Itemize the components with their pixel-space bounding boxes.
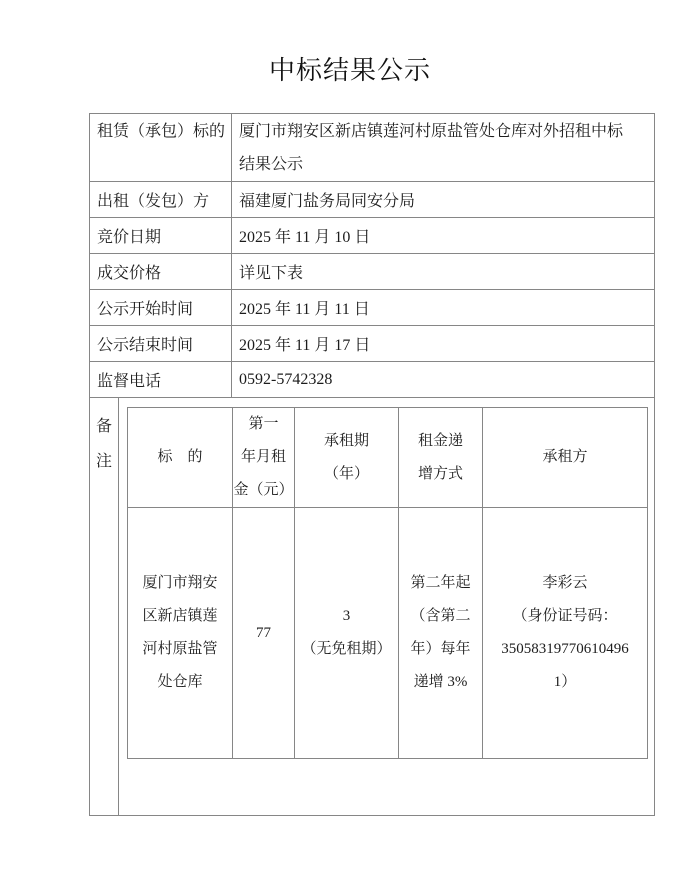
bid-header-lessee: 承租方	[483, 408, 648, 508]
info-value: 0592-5742328	[232, 362, 655, 398]
info-row-lessor: 出租（发包）方 福建厦门盐务局同安分局	[90, 182, 655, 218]
bid-cell-lessee: 李彩云 （身份证号码： 35058319770610496 1）	[483, 508, 648, 759]
bid-cell-first-year-rent: 77	[233, 508, 295, 759]
bid-table-header-row: 标 的 第一 年月租 金（元） 承租期 （年） 租金递 增方式 承租方	[128, 408, 648, 508]
info-row-price: 成交价格 详见下表	[90, 254, 655, 290]
info-label: 公示结束时间	[90, 326, 232, 362]
remark-content-cell: 标 的 第一 年月租 金（元） 承租期 （年） 租金递 增方式 承租方 厦门市翔…	[119, 398, 655, 816]
info-row-bid-date: 竞价日期 2025 年 11 月 10 日	[90, 218, 655, 254]
bid-header-subject: 标 的	[128, 408, 233, 508]
info-value: 福建厦门盐务局同安分局	[232, 182, 655, 218]
bid-header-lease-term: 承租期 （年）	[295, 408, 399, 508]
info-label: 租赁（承包）标的	[90, 114, 232, 182]
remark-label: 备 注	[90, 398, 119, 816]
bid-cell-subject: 厦门市翔安 区新店镇莲 河村原盐管 处仓库	[128, 508, 233, 759]
remark-row: 备 注 标 的 第一 年月租 金（元） 承租期 （年） 租金递 增方式 承租方	[90, 398, 655, 816]
info-value: 2025 年 11 月 11 日	[232, 290, 655, 326]
bid-result-table: 标 的 第一 年月租 金（元） 承租期 （年） 租金递 增方式 承租方 厦门市翔…	[127, 407, 648, 759]
page-title: 中标结果公示	[0, 50, 700, 87]
bid-table-data-row: 厦门市翔安 区新店镇莲 河村原盐管 处仓库 77 3 （无免租期） 第二年起 （…	[128, 508, 648, 759]
info-row-phone: 监督电话 0592-5742328	[90, 362, 655, 398]
info-label: 出租（发包）方	[90, 182, 232, 218]
bid-header-rent-increase: 租金递 增方式	[399, 408, 483, 508]
bid-header-first-year-rent: 第一 年月租 金（元）	[233, 408, 295, 508]
info-row-subject: 租赁（承包）标的 厦门市翔安区新店镇莲河村原盐管处仓库对外招租中标 结果公示	[90, 114, 655, 182]
info-label: 成交价格	[90, 254, 232, 290]
info-value: 厦门市翔安区新店镇莲河村原盐管处仓库对外招租中标 结果公示	[232, 114, 655, 182]
info-label: 竞价日期	[90, 218, 232, 254]
remark-table: 备 注 标 的 第一 年月租 金（元） 承租期 （年） 租金递 增方式 承租方	[89, 397, 655, 816]
info-label: 监督电话	[90, 362, 232, 398]
info-row-publicity-start: 公示开始时间 2025 年 11 月 11 日	[90, 290, 655, 326]
info-row-publicity-end: 公示结束时间 2025 年 11 月 17 日	[90, 326, 655, 362]
info-value: 2025 年 11 月 17 日	[232, 326, 655, 362]
bid-cell-lease-term: 3 （无免租期）	[295, 508, 399, 759]
info-label: 公示开始时间	[90, 290, 232, 326]
info-table: 租赁（承包）标的 厦门市翔安区新店镇莲河村原盐管处仓库对外招租中标 结果公示 出…	[89, 113, 655, 398]
bid-cell-rent-increase: 第二年起 （含第二 年）每年 递增 3%	[399, 508, 483, 759]
info-value: 2025 年 11 月 10 日	[232, 218, 655, 254]
announcement-page: 中标结果公示 租赁（承包）标的 厦门市翔安区新店镇莲河村原盐管处仓库对外招租中标…	[0, 0, 700, 876]
info-value: 详见下表	[232, 254, 655, 290]
